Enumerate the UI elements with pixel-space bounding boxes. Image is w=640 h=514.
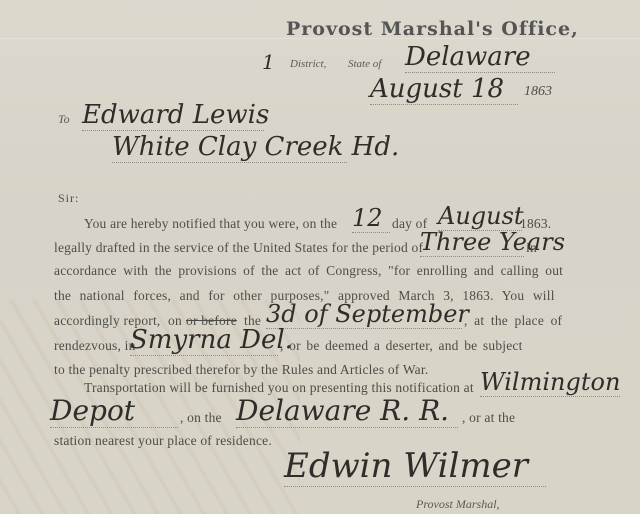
district-number: 1: [262, 50, 275, 74]
body-line-5b: , at the place of: [464, 313, 562, 329]
draft-month: August: [438, 202, 522, 231]
document-page: Provost Marshal's Office, 1 District, St…: [0, 0, 640, 514]
transport-place-1: Wilmington: [480, 368, 620, 397]
date-year: 1863: [524, 84, 552, 100]
salutation: Sir:: [58, 191, 79, 206]
body-line-3: accordance with the provisions of the ac…: [54, 263, 563, 279]
signature: Edwin Wilmer: [284, 446, 546, 487]
body-line-2b: in: [526, 240, 537, 256]
body-line-6b: , or be deemed a deserter, and be subjec…: [280, 338, 523, 354]
draft-day: 12: [352, 204, 390, 233]
draft-period: Three Years: [420, 228, 524, 257]
transport-line-3: station nearest your place of residence.: [54, 433, 272, 449]
body-line-6a: rendezvous, in: [54, 338, 136, 354]
body-line-1a: You are hereby notified that you were, o…: [84, 216, 337, 232]
office-title: Provost Marshal's Office,: [286, 18, 579, 40]
transport-place-2: Depot: [50, 394, 178, 428]
to-label: To: [58, 112, 70, 127]
district-label: District,: [290, 58, 326, 70]
body-line-2a: legally drafted in the service of the Un…: [54, 240, 423, 256]
addressee-name: Edward Lewis: [82, 100, 264, 131]
date-value: August 18: [370, 74, 518, 105]
state-value: Delaware: [405, 42, 555, 73]
signature-title: Provost Marshal,: [416, 497, 500, 512]
rendezvous-place: Smyrna Del.: [130, 325, 278, 356]
body-line-7: to the penalty prescribed therefor by th…: [54, 362, 428, 378]
state-label: State of: [348, 58, 381, 70]
addressee-location: White Clay Creek Hd.: [112, 132, 347, 163]
railroad-name: Delaware R. R.: [236, 394, 458, 428]
report-date: 3d of September: [266, 300, 462, 329]
transport-line-2a: , on the: [180, 410, 222, 426]
transport-line-2b: , or at the: [462, 410, 515, 426]
